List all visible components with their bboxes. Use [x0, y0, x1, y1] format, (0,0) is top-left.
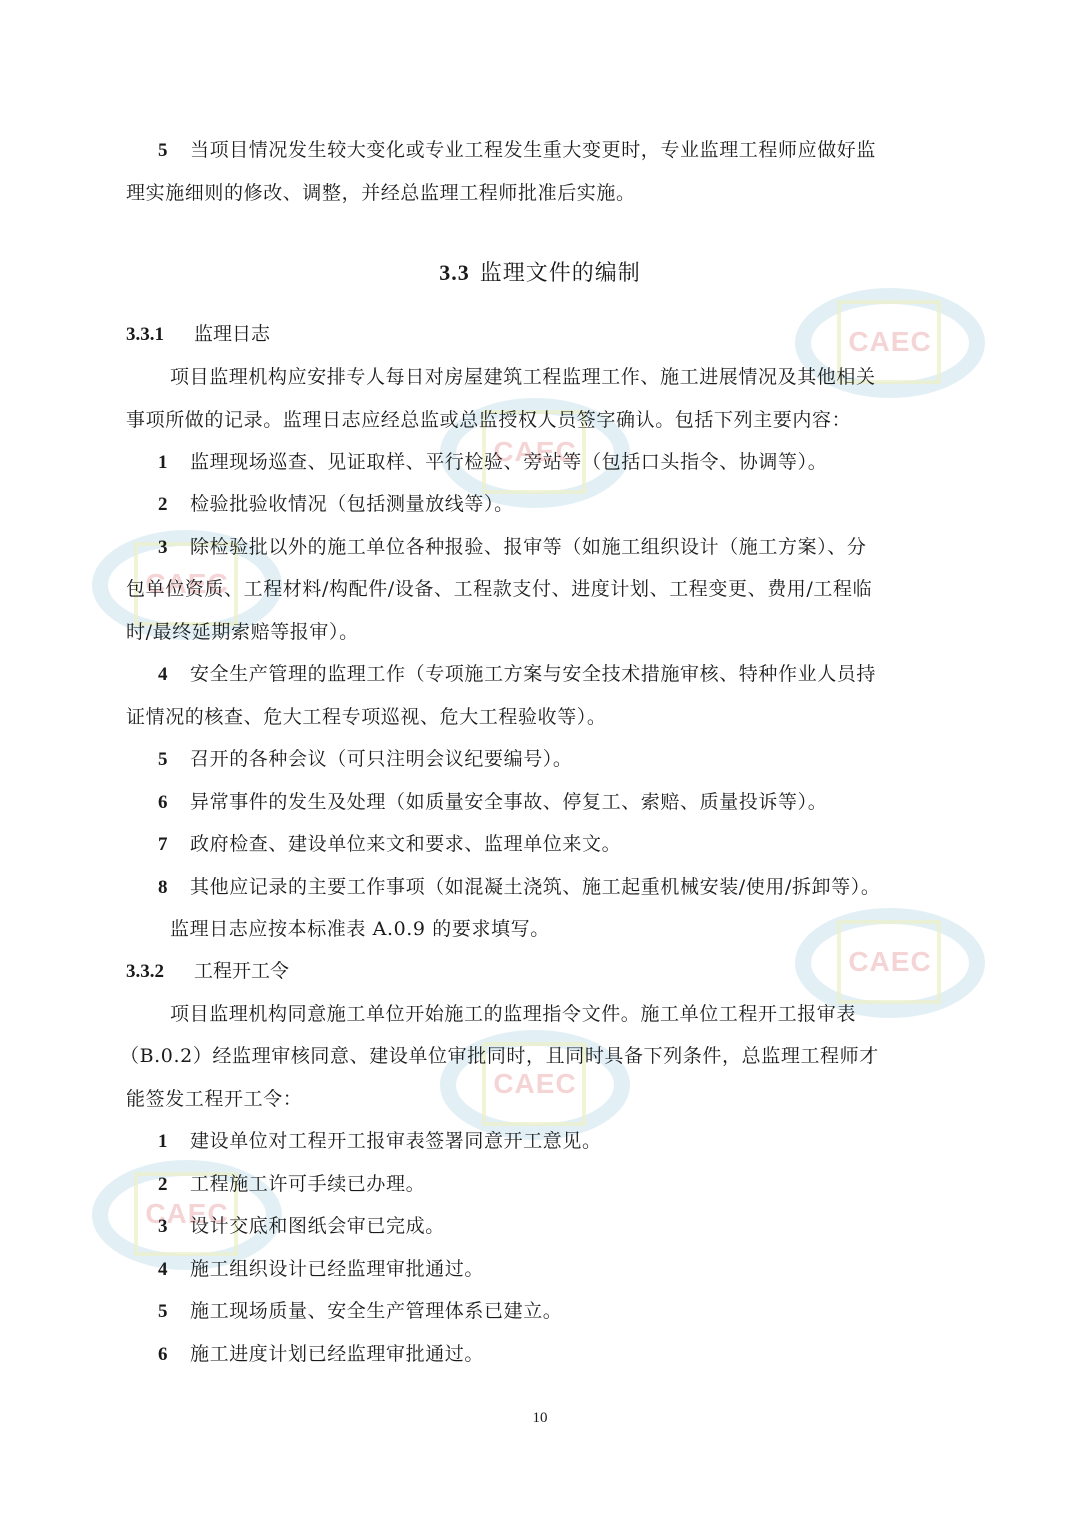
- subsection-heading-3-3-1: 3.3.1监理日志: [126, 321, 270, 348]
- list-item-continuation: 证情况的核查、危大工程专项巡视、危大工程验收等）。: [126, 704, 607, 730]
- section-number: 3.3: [439, 260, 470, 285]
- subsection-title: 工程开工令: [194, 960, 289, 982]
- page-number: 10: [0, 1410, 1080, 1427]
- list-item: 2检验批验收情况（包括测量放线等）。: [158, 491, 514, 518]
- list-item: 6施工进度计划已经监理审批通过。: [158, 1341, 484, 1368]
- paragraph: （B.0.2）经监理审核同意、建设单位审批同时，且同时具备下列条件，总监理工程师…: [120, 1043, 879, 1069]
- list-item: 5召开的各种会议（可只注明会议纪要编号）。: [158, 746, 573, 773]
- subsection-title: 监理日志: [194, 323, 270, 345]
- list-item: 4施工组织设计已经监理审批通过。: [158, 1256, 484, 1283]
- intro-item: 5当项目情况发生较大变化或专业工程发生重大变更时，专业监理工程师应做好监: [158, 137, 876, 164]
- list-item: 5施工现场质量、安全生产管理体系已建立。: [158, 1298, 562, 1325]
- note: 监理日志应按本标准表 A.0.9 的要求填写。: [170, 916, 550, 942]
- list-item: 1监理现场巡查、见证取样、平行检验、旁站等（包括口头指令、协调等）。: [158, 449, 827, 476]
- list-item: 7政府检查、建设单位来文和要求、监理单位来文。: [158, 831, 621, 858]
- subsection-number: 3.3.2: [126, 959, 194, 985]
- subsection-number: 3.3.1: [126, 322, 194, 348]
- paragraph: 事项所做的记录。监理日志应经总监或总监授权人员签字确认。包括下列主要内容：: [126, 407, 851, 433]
- list-item: 8其他应记录的主要工作事项（如混凝土浇筑、施工起重机械安装/使用/拆卸等）。: [158, 874, 881, 901]
- list-item: 6异常事件的发生及处理（如质量安全事故、停复工、索赔、质量投诉等）。: [158, 789, 827, 816]
- list-item: 4安全生产管理的监理工作（专项施工方案与安全技术措施审核、特种作业人员持: [158, 661, 876, 688]
- paragraph: 能签发工程开工令：: [126, 1086, 302, 1112]
- list-item: 2工程施工许可手续已办理。: [158, 1171, 425, 1198]
- intro-item-continuation: 理实施细则的修改、调整，并经总监理工程师批准后实施。: [126, 180, 636, 206]
- subsection-heading-3-3-2: 3.3.2工程开工令: [126, 958, 289, 985]
- section-heading: 3.3监理文件的编制: [0, 256, 1080, 287]
- list-item-continuation: 时/最终延期索赔等报审）。: [126, 619, 359, 645]
- list-item: 3除检验批以外的施工单位各种报验、报审等（如施工组织设计（施工方案）、分: [158, 534, 867, 561]
- item-number: 5: [158, 138, 190, 164]
- item-text: 当项目情况发生较大变化或专业工程发生重大变更时，专业监理工程师应做好监: [190, 139, 876, 161]
- list-item: 1建设单位对工程开工报审表签署同意开工意见。: [158, 1128, 602, 1155]
- section-title: 监理文件的编制: [480, 261, 641, 286]
- paragraph: 项目监理机构应安排专人每日对房屋建筑工程监理工作、施工进展情况及其他相关: [170, 364, 876, 390]
- list-item: 3设计交底和图纸会审已完成。: [158, 1213, 445, 1240]
- paragraph: 项目监理机构同意施工单位开始施工的监理指令文件。施工单位工程开工报审表: [170, 1001, 856, 1027]
- document-page: CAEC CAEC CAEC CAEC CAEC CAEC 5当项目情况发生较大…: [0, 0, 1080, 1527]
- list-item-continuation: 包单位资质、工程材料/构配件/设备、工程款支付、进度计划、工程变更、费用/工程临: [126, 576, 872, 602]
